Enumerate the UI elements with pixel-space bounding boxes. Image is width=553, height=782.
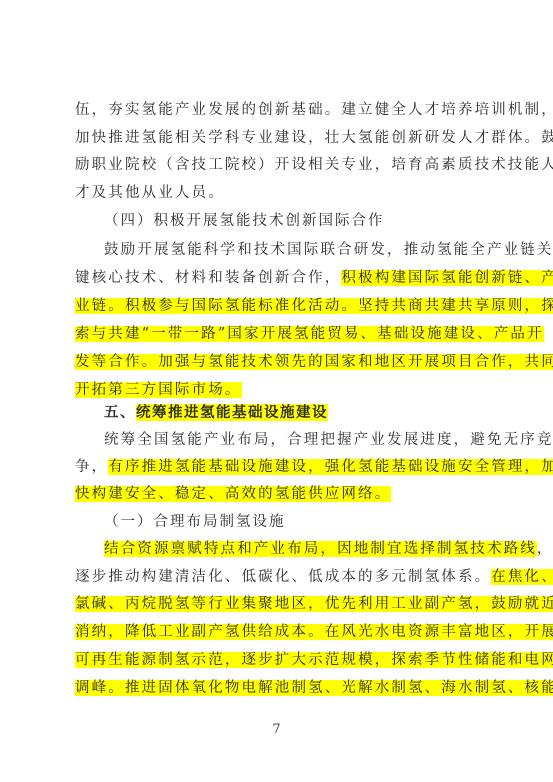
text-line: 伍，夯实氢能产业发展的创新基础。建立健全人才培养培训机制， — [75, 100, 480, 120]
page-number: 7 — [0, 722, 553, 737]
text-line: 结合资源禀赋特点和产业布局，因地制宜选择制氢技术路线， — [75, 539, 509, 559]
text-line: 才及其他从业人员。 — [75, 183, 480, 203]
text-segment: 才及其他从业人员。 — [75, 185, 225, 201]
text-line: 业链。积极参与国际氢能标准化活动。坚持共商共建共享原则，探 — [75, 296, 480, 316]
text-segment: 键核心技术、材料和装备创新合作， — [75, 270, 341, 286]
section-heading: （一）合理布局制氢设施 — [75, 512, 509, 532]
text-line: 氯碱、丙烷脱氢等行业集聚地区，优先利用工业副产氢，鼓励就近 — [75, 594, 480, 614]
text-segment: ， — [537, 541, 553, 557]
text-line: 加快推进氢能相关学科专业建设，壮大氢能创新研发人才群体。鼓 — [75, 128, 480, 148]
section-heading: （四）积极开展氢能技术创新国际合作 — [75, 211, 509, 231]
text-line: 励职业院校（含技工院校）开设相关专业，培育高素质技术技能人 — [75, 155, 480, 175]
highlighted-text: 快构建安全、稳定、高效的氢能供应网络。 — [75, 486, 391, 502]
text-segment: 争， — [75, 459, 108, 475]
highlighted-text: 索与共建“一带一路”国家开展氢能贸易、基础设施建设、产品开 — [75, 326, 544, 342]
highlighted-text: 调峰。推进固体氧化物电解池制氢、光解水制氢、海水制氢、核能 — [75, 680, 553, 696]
highlighted-text: 氯碱、丙烷脱氢等行业集聚地区，优先利用工业副产氢，鼓励就近 — [75, 596, 553, 612]
text-line: 键核心技术、材料和装备创新合作，积极构建国际氢能创新链、产 — [75, 268, 480, 288]
text-line: 争，有序推进氢能基础设施建设，强化氢能基础设施安全管理，加 — [75, 457, 480, 477]
text-line: 发等合作。加强与氢能技术领先的国家和地区开展项目合作，共同 — [75, 352, 480, 372]
highlighted-text: 积极构建国际氢能创新链、产 — [341, 270, 553, 286]
text-segment: 伍，夯实氢能产业发展的创新基础。建立健全人才培养培训机制， — [75, 102, 553, 118]
text-segment: （四）积极开展氢能技术创新国际合作 — [104, 213, 385, 229]
text-segment: 逐步推动构建清洁化、低碳化、低成本的多元制氢体系。 — [75, 569, 491, 585]
highlighted-text: 坚持共商共建共享原则，探 — [358, 298, 553, 314]
highlighted-text: 有序推进氢能基础设施建设，强化氢能基础设施安全管理，加 — [108, 459, 553, 475]
text-segment: 鼓励开展氢能科学和技术国际联合研发，推动氢能全产业链关 — [104, 242, 553, 258]
text-line: 索与共建“一带一路”国家开展氢能贸易、基础设施建设、产品开 — [75, 324, 480, 344]
text-line: 统筹全国氢能产业布局，合理把握产业发展进度，避免无序竞 — [75, 430, 509, 450]
document-page: 伍，夯实氢能产业发展的创新基础。建立健全人才培养培训机制，加快推进氢能相关学科专… — [0, 0, 553, 782]
section-heading: 五、统筹推进氢能基础设施建设 — [75, 403, 509, 423]
text-line: 消纳，降低工业副产氢供给成本。在风光水电资源丰富地区，开展 — [75, 622, 480, 642]
text-line: 开拓第三方国际市场。 — [75, 380, 480, 400]
highlighted-text: 可再生能源制氢示范，逐步扩大示范规模，探索季节性储能和电网 — [75, 652, 553, 668]
text-segment: （一）合理布局制氢设施 — [104, 514, 286, 530]
text-segment: 五、 — [104, 404, 136, 421]
highlighted-text: 开拓第三方国际市场。 — [75, 382, 242, 398]
highlighted-text: 结合资源禀赋特点和产业布局，因地制宜选择制氢技术路线 — [104, 541, 537, 557]
text-segment: 加快推进氢能相关学科专业建设，壮大氢能创新研发人才群体。鼓 — [75, 130, 553, 146]
highlighted-text: 业链。积极参与国际氢能标准化活动。 — [75, 298, 358, 314]
text-line: 调峰。推进固体氧化物电解池制氢、光解水制氢、海水制氢、核能 — [75, 678, 480, 698]
text-line: 逐步推动构建清洁化、低碳化、低成本的多元制氢体系。在焦化、 — [75, 567, 480, 587]
highlighted-text: 发等合作。加强与氢能技术领先的国家和地区开展项目合作，共同 — [75, 354, 553, 370]
text-line: 快构建安全、稳定、高效的氢能供应网络。 — [75, 484, 480, 504]
text-segment: 励职业院校（含技工院校）开设相关专业，培育高素质技术技能人 — [75, 157, 553, 173]
text-segment: 统筹全国氢能产业布局，合理把握产业发展进度，避免无序竞 — [104, 432, 553, 448]
text-line: 鼓励开展氢能科学和技术国际联合研发，推动氢能全产业链关 — [75, 240, 509, 260]
highlighted-text: 消纳，降低工业副产氢供给成本。在风光水电资源丰富地区，开展 — [75, 624, 553, 640]
highlighted-text: 在焦化、 — [491, 569, 553, 585]
highlighted-text: 统筹推进氢能基础设施建设 — [136, 404, 328, 421]
text-line: 可再生能源制氢示范，逐步扩大示范规模，探索季节性储能和电网 — [75, 650, 480, 670]
